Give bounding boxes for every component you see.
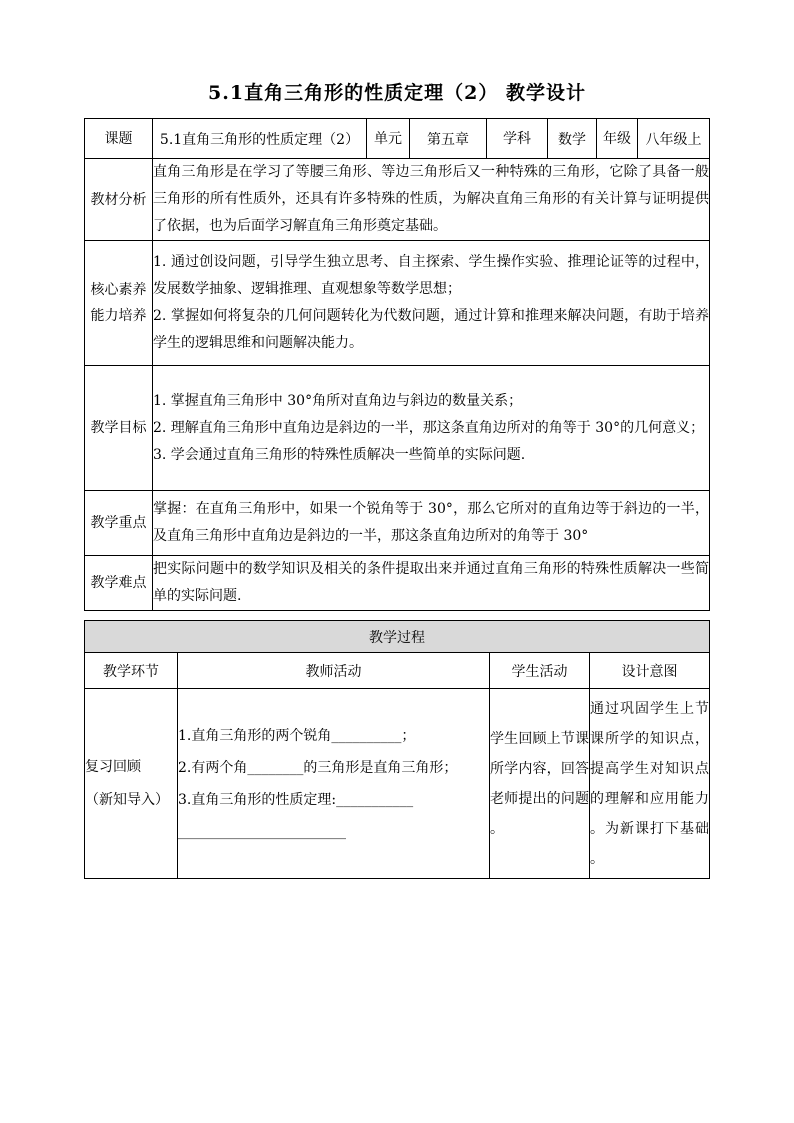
subject-label: 学科 xyxy=(487,119,548,159)
column-header-student-activity: 学生活动 xyxy=(490,653,590,689)
table-row-material-analysis: 教材分析 直角三角形是在学习了等腰三角形、等边三角形后又一种特殊的三角形，它除了… xyxy=(85,159,710,241)
teaching-difficulty-content: 把实际问题中的数学知识及相关的条件提取出来并通过直角三角形的特殊性质解决一些简单… xyxy=(153,556,710,611)
paragraph: 3. 学会通过直角三角形的特殊性质解决一些简单的实际问题. xyxy=(153,442,709,469)
paragraph: 把实际问题中的数学知识及相关的条件提取出来并通过直角三角形的特殊性质解决一些简单… xyxy=(153,556,709,610)
teacher-activity-item: 2.有两个角________的三角形是直角三角形； xyxy=(178,752,489,784)
table-row-teaching-objectives: 教学目标 1. 掌握直角三角形中 30°角所对直角边与斜边的数量关系； 2. 理… xyxy=(85,366,710,491)
teacher-activity-item: 3.直角三角形的性质定理:___________ xyxy=(178,784,489,816)
column-header-teacher-activity: 教师活动 xyxy=(178,653,490,689)
process-header: 教学过程 xyxy=(85,621,710,653)
column-header-design-intent: 设计意图 xyxy=(590,653,710,689)
document-title: 5.1直角三角形的性质定理（2） 教学设计 xyxy=(0,78,794,105)
paragraph: 1. 通过创设问题，引导学生独立思考、自主探索、学生操作实验、推理论证等的过程中… xyxy=(153,249,709,303)
unit-value: 第五章 xyxy=(410,119,487,159)
paragraph: 掌握：在直角三角形中，如果一个锐角等于 30°，那么它所对的直角边等于斜边的一半… xyxy=(153,496,709,550)
stage-line1: 复习回顾 xyxy=(85,751,177,784)
lesson-info-table: 课题 5.1直角三角形的性质定理（2） 单元 第五章 学科 数学 年级 八年级上… xyxy=(84,118,710,611)
design-intent-cell: 通过巩固学生上节课所学的知识点，提高学生对知识点的理解和应用能力。为新课打下基础… xyxy=(590,689,710,879)
teaching-difficulty-label: 教学难点 xyxy=(85,556,153,611)
grade-label: 年级 xyxy=(597,119,638,159)
subject-value: 数学 xyxy=(548,119,597,159)
paragraph: 直角三角形是在学习了等腰三角形、等边三角形后又一种特殊的三角形，它除了具备一般三… xyxy=(153,159,709,240)
core-competency-label-line1: 核心素养 xyxy=(85,277,152,303)
topic-label: 课题 xyxy=(85,119,153,159)
material-analysis-content: 直角三角形是在学习了等腰三角形、等边三角形后又一种特殊的三角形，它除了具备一般三… xyxy=(153,159,710,241)
process-header-row: 教学过程 xyxy=(85,621,710,653)
teacher-activity-cell: 1.直角三角形的两个锐角__________； 2.有两个角________的三… xyxy=(178,689,490,879)
teacher-activity-blank-line: ________________________ xyxy=(178,816,489,848)
teaching-objectives-content: 1. 掌握直角三角形中 30°角所对直角边与斜边的数量关系； 2. 理解直角三角… xyxy=(153,366,710,491)
core-competency-content: 1. 通过创设问题，引导学生独立思考、自主探索、学生操作实验、推理论证等的过程中… xyxy=(153,241,710,366)
stage-line2: （新知导入） xyxy=(85,784,177,817)
teaching-focus-content: 掌握：在直角三角形中，如果一个锐角等于 30°，那么它所对的直角边等于斜边的一半… xyxy=(153,491,710,556)
stage-cell: 复习回顾 （新知导入） xyxy=(85,689,178,879)
student-activity-cell: 学生回顾上节课所学内容，回答老师提出的问题。 xyxy=(490,689,590,879)
table-row-teaching-difficulty: 教学难点 把实际问题中的数学知识及相关的条件提取出来并通过直角三角形的特殊性质解… xyxy=(85,556,710,611)
table-row-teaching-focus: 教学重点 掌握：在直角三角形中，如果一个锐角等于 30°，那么它所对的直角边等于… xyxy=(85,491,710,556)
table-row-topic: 课题 5.1直角三角形的性质定理（2） 单元 第五章 学科 数学 年级 八年级上 xyxy=(85,119,710,159)
process-row-review: 复习回顾 （新知导入） 1.直角三角形的两个锐角__________； 2.有两… xyxy=(85,689,710,879)
teacher-activity-item: 1.直角三角形的两个锐角__________； xyxy=(178,720,489,752)
column-header-stage: 教学环节 xyxy=(85,653,178,689)
grade-value: 八年级上 xyxy=(638,119,710,159)
paragraph: 1. 掌握直角三角形中 30°角所对直角边与斜边的数量关系； xyxy=(153,388,709,415)
core-competency-label-line2: 能力培养 xyxy=(85,303,152,329)
document-page: 5.1直角三角形的性质定理（2） 教学设计 课题 5.1直角三角形的性质定理（2… xyxy=(0,0,794,1123)
teaching-focus-label: 教学重点 xyxy=(85,491,153,556)
paragraph: 2. 理解直角三角形中直角边是斜边的一半，那这条直角边所对的角等于 30°的几何… xyxy=(153,415,709,442)
material-analysis-label: 教材分析 xyxy=(85,159,153,241)
topic-value: 5.1直角三角形的性质定理（2） xyxy=(153,119,367,159)
teaching-objectives-label: 教学目标 xyxy=(85,366,153,491)
core-competency-label: 核心素养 能力培养 xyxy=(85,241,153,366)
paragraph: 2. 掌握如何将复杂的几何问题转化为代数问题，通过计算和推理来解决问题，有助于培… xyxy=(153,303,709,357)
teaching-process-table: 教学过程 教学环节 教师活动 学生活动 设计意图 复习回顾 （新知导入） 1.直… xyxy=(84,620,710,879)
process-columns-row: 教学环节 教师活动 学生活动 设计意图 xyxy=(85,653,710,689)
table-row-core-competency: 核心素养 能力培养 1. 通过创设问题，引导学生独立思考、自主探索、学生操作实验… xyxy=(85,241,710,366)
unit-label: 单元 xyxy=(367,119,410,159)
